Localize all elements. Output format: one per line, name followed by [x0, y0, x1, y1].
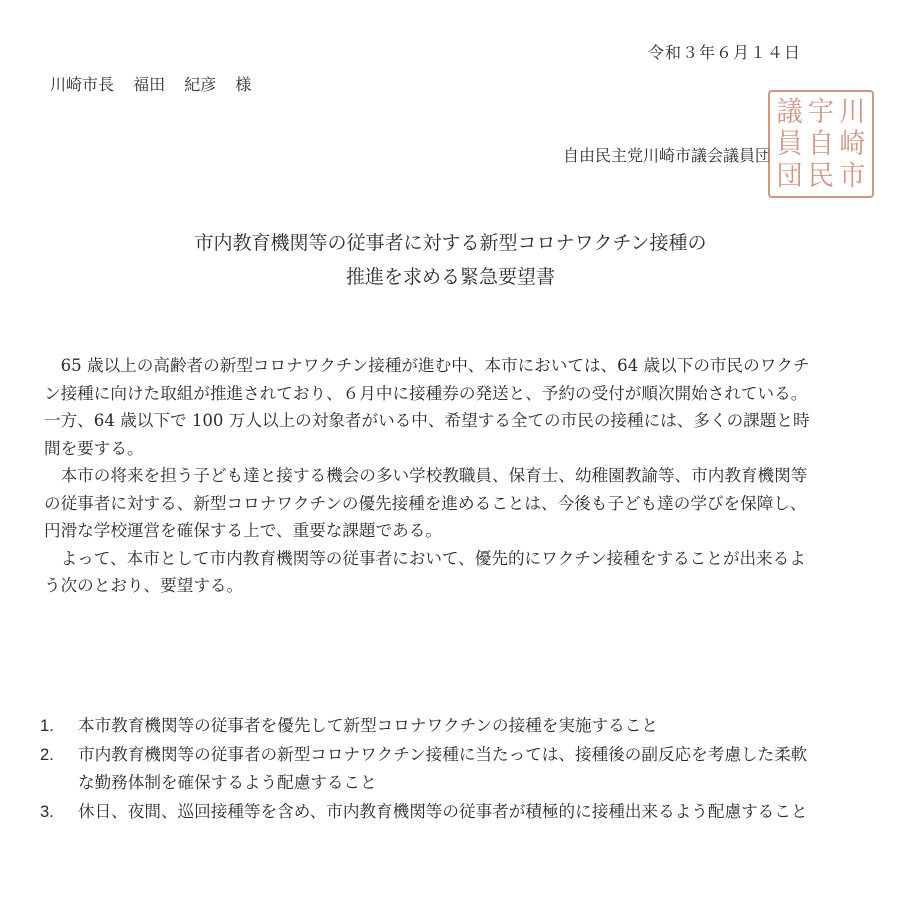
request-list: 1. 本市教育機関等の従事者を優先して新型コロナワクチンの接種を実施すること 2… [40, 712, 820, 826]
seal-char: 団 [774, 159, 805, 193]
request-item: 3. 休日、夜間、巡回接種等を含め、市内教育機関等の従事者が積極的に接種出来るよ… [40, 798, 820, 827]
request-text: 休日、夜間、巡回接種等を含め、市内教育機関等の従事者が積極的に接種出来るよう配慮… [78, 798, 820, 827]
addressee: 川崎市長 福田 紀彦 様 [50, 72, 265, 95]
seal-char: 自 [805, 127, 836, 161]
request-item: 1. 本市教育機関等の従事者を優先して新型コロナワクチンの接種を実施すること [40, 712, 820, 741]
body-text: 65 歳以上の高齢者の新型コロナワクチン接種が進む中、本市においては、64 歳以… [44, 352, 814, 600]
paragraph: 本市の将来を担う子ども達と接する機会の多い学校教職員、保育士、幼稚園教諭等、市内… [44, 462, 814, 545]
seal-char: 川 [837, 95, 868, 129]
paragraph: よって、本市として市内教育機関等の従事者において、優先的にワクチン接種をすること… [44, 545, 814, 600]
addressee-title: 川崎市長 [50, 75, 114, 94]
seal-char: 民 [805, 159, 836, 193]
seal-char: 崎 [837, 127, 868, 161]
request-number: 2. [40, 741, 78, 798]
request-text: 市内教育機関等の従事者の新型コロナワクチン接種に当たっては、接種後の副反応を考慮… [78, 741, 820, 798]
seal-char: 市 [837, 159, 868, 193]
seal-char: 議 [774, 95, 805, 129]
document-title-line-1: 市内教育機関等の従事者に対する新型コロナワクチン接種の [0, 228, 901, 255]
addressee-surname: 福田 [133, 75, 165, 94]
request-text: 本市教育機関等の従事者を優先して新型コロナワクチンの接種を実施すること [78, 712, 820, 741]
request-item: 2. 市内教育機関等の従事者の新型コロナワクチン接種に当たっては、接種後の副反応… [40, 741, 820, 798]
addressee-given-name: 紀彦 [184, 75, 216, 94]
paragraph: 65 歳以上の高齢者の新型コロナワクチン接種が進む中、本市においては、64 歳以… [44, 352, 814, 462]
addressee-honorific: 様 [235, 75, 251, 94]
document-date: 令和３年６月１４日 [648, 40, 801, 63]
document-title-line-2: 推進を求める緊急要望書 [0, 262, 901, 289]
seal-char: 員 [774, 127, 805, 161]
official-seal-icon: 議 宇 川 員 自 崎 団 民 市 [768, 90, 874, 198]
request-number: 3. [40, 798, 78, 827]
request-number: 1. [40, 712, 78, 741]
seal-char: 宇 [805, 95, 836, 129]
sender-organization: 自由民主党川崎市議会議員団 [563, 143, 771, 166]
